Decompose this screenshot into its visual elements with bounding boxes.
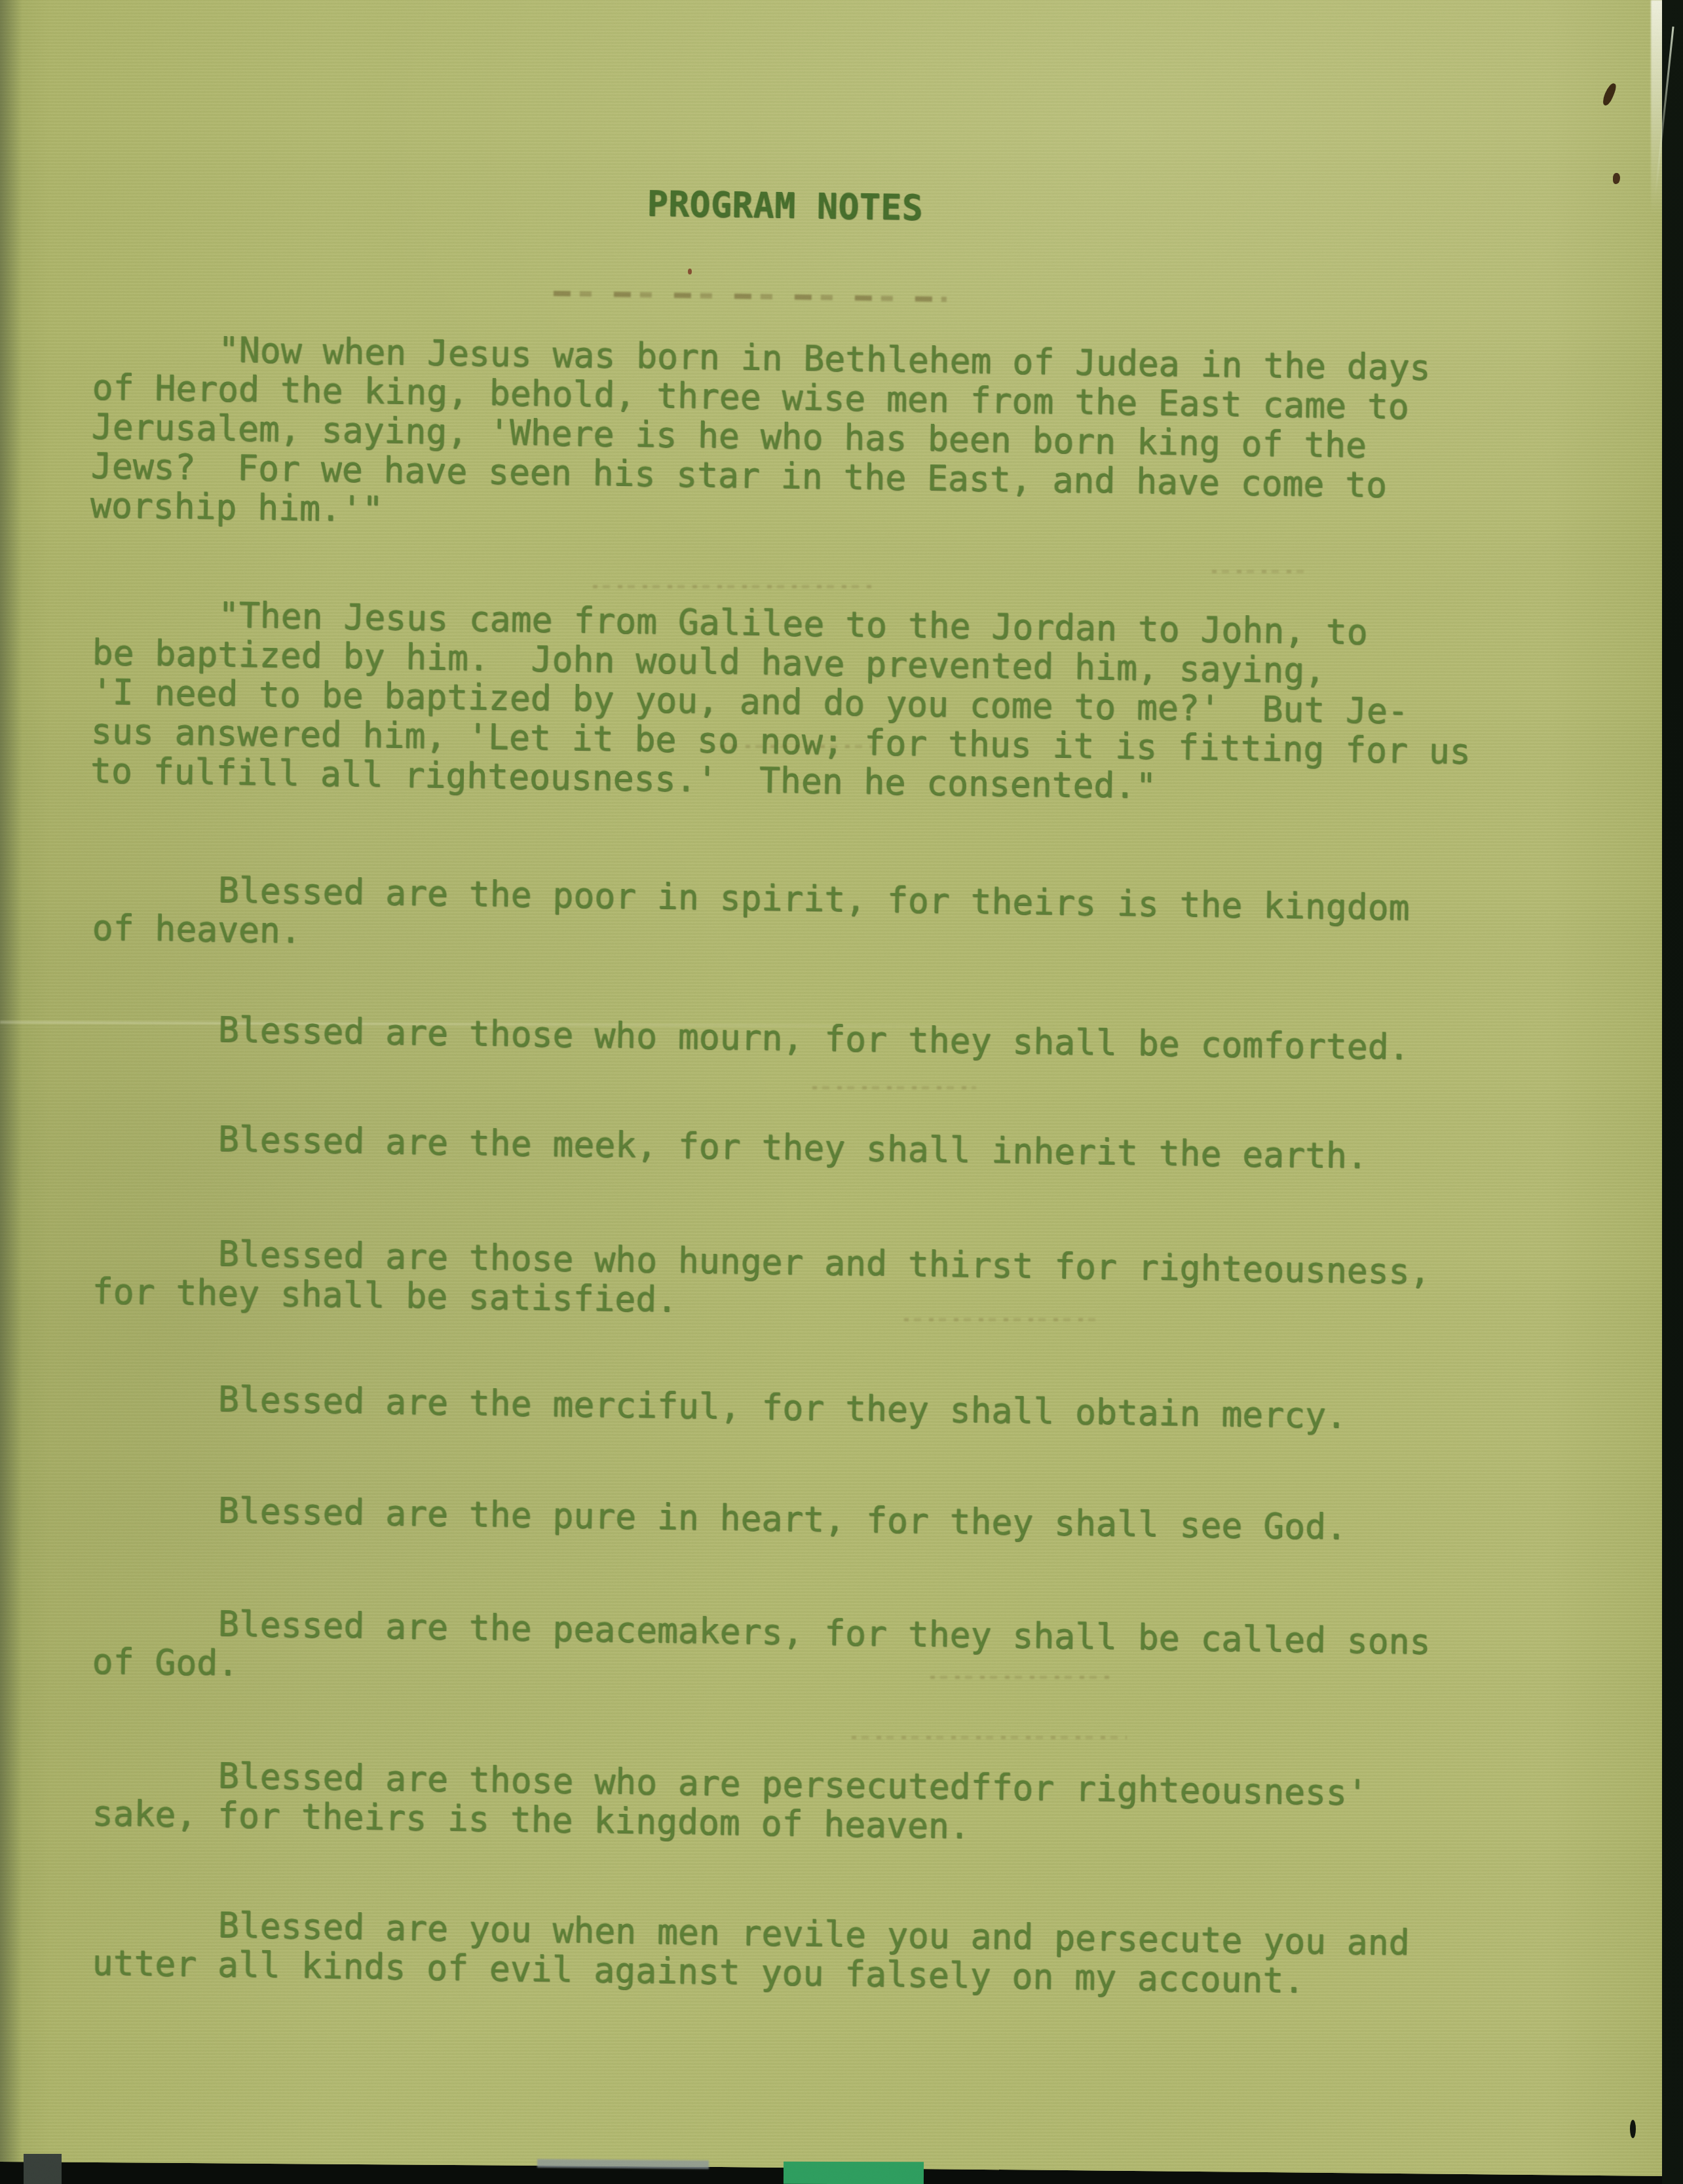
ink-smudge-row (721, 745, 871, 748)
page-title: PROGRAM NOTES (647, 185, 923, 228)
paper-left-shadow (0, 0, 22, 2162)
ink-smudge-row (593, 585, 875, 588)
ink-smudge-row (852, 1736, 1127, 1739)
paragraph-baptism: "Then Jesus came from Galilee to the Jor… (90, 594, 1534, 812)
ink-smudge-row (1212, 570, 1304, 573)
scanner-band-right (1662, 0, 1683, 2184)
ink-smudge-row (904, 1318, 1101, 1321)
scanned-page: { "document": { "title": "PROGRAM NOTES"… (0, 0, 1683, 2184)
paper-speck (688, 269, 692, 274)
ink-smudge-row (930, 1676, 1114, 1679)
paper-sheet (0, 0, 1665, 2184)
paragraph-magi: "Now when Jesus was born in Bethlehem of… (90, 329, 1534, 547)
ink-smudge-row (812, 1086, 976, 1089)
bottom-gray-sliver (537, 2159, 709, 2169)
bottom-left-shadow (24, 2154, 62, 2184)
bottom-green-tab (784, 2162, 924, 2184)
paper-speck (1630, 2120, 1636, 2138)
